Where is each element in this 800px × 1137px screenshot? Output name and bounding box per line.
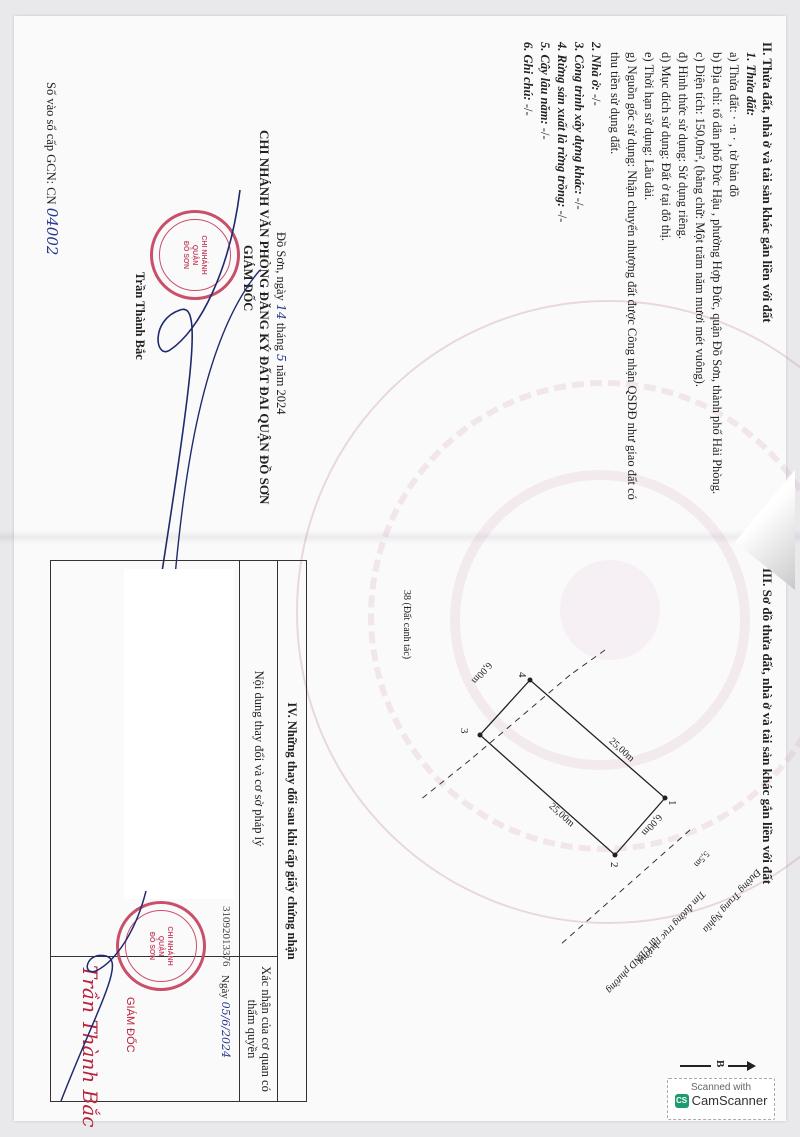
signing-day: 14 xyxy=(274,304,289,320)
north-label: B xyxy=(711,1060,728,1067)
changes-table: IV. Những thay đổi sau khi cấp giấy chứn… xyxy=(50,560,307,1102)
redacted-area xyxy=(124,569,234,899)
usage-form-line: đ) Hình thức sử dụng: Sử dụng riêng. xyxy=(674,52,691,239)
item-notes: 6. Ghi chú: -/- xyxy=(519,42,536,116)
registry-number: Số vào sổ cấp GCN: CN 04002 xyxy=(42,82,60,255)
signing-date: Đồ Sơn, ngày 14 tháng 5 năm 2024 xyxy=(272,232,290,415)
area-line: c) Diện tích: 150,0m², (bằng chữ: Một tr… xyxy=(691,52,708,387)
parcel-line: a) Thửa đất: · ·n · , tờ bản đồ xyxy=(725,52,742,197)
item-forest: 4. Rừng sản xuất là rừng trồng: -/- xyxy=(553,42,570,222)
neighbor-parcel-label: 38 (Đất canh tác) xyxy=(398,590,415,659)
signing-month: 5 xyxy=(274,354,289,362)
rotated-certificate-page: II. Thửa đất, nhà ở và tài sản khác gắn … xyxy=(0,0,800,1137)
address-line: b) Địa chỉ: tổ dân phố Đức Hậu , phường … xyxy=(708,52,725,494)
plot-diagram xyxy=(390,640,720,1060)
section-iv-title: IV. Những thay đổi sau khi cấp giấy chứn… xyxy=(277,561,306,1101)
section-iii-title: III. Sơ đồ thửa đất, nhà ở và tài sản kh… xyxy=(759,568,776,884)
confirm-date: Ngày 05/6/2024 xyxy=(216,975,234,1058)
point-2: 2 xyxy=(605,862,622,868)
origin-line-cont: thu tiền sử dụng đất. xyxy=(606,52,623,154)
col-content-header: Nội dung thay đổi và cơ sở pháp lý xyxy=(239,561,278,956)
item-perennial: 5. Cây lâu năm: -/- xyxy=(536,42,553,140)
signer-name: Trần Thành Bắc xyxy=(131,272,148,360)
point-1: 1 xyxy=(663,800,680,806)
page-fold xyxy=(0,530,800,544)
watermark-brand: CS CamScanner xyxy=(668,1093,774,1108)
section-ii-sub1-title: 1. Thửa đất: xyxy=(742,52,759,116)
confirmation-signature xyxy=(51,891,186,1101)
item-house: 2. Nhà ở: -/- xyxy=(587,42,604,106)
watermark-line1: Scanned with xyxy=(668,1082,774,1093)
origin-line: g) Nguồn gốc sử dụng: Nhận chuyển nhượng… xyxy=(623,52,640,500)
usage-term-line: e) Thời hạn sử dụng: Lâu dài. xyxy=(640,52,657,200)
camscanner-logo-icon: CS xyxy=(675,1094,689,1108)
north-arrow-icon xyxy=(747,1061,756,1071)
col-confirm-header: Xác nhận của cơ quan có thẩm quyền xyxy=(239,957,278,1101)
point-4: 4 xyxy=(513,672,530,678)
usage-purpose-line: d) Mục đích sử dụng: Đất ở tại đô thị. xyxy=(657,52,674,241)
camscanner-watermark: Scanned with CS CamScanner xyxy=(667,1078,775,1120)
item-other-construction: 3. Công trình xây dựng khác: -/- xyxy=(570,42,587,210)
point-3: 3 xyxy=(455,728,472,734)
section-ii-title: II. Thửa đất, nhà ở và tài sản khác gắn … xyxy=(759,42,776,323)
watermark-line2: CamScanner xyxy=(692,1093,768,1108)
